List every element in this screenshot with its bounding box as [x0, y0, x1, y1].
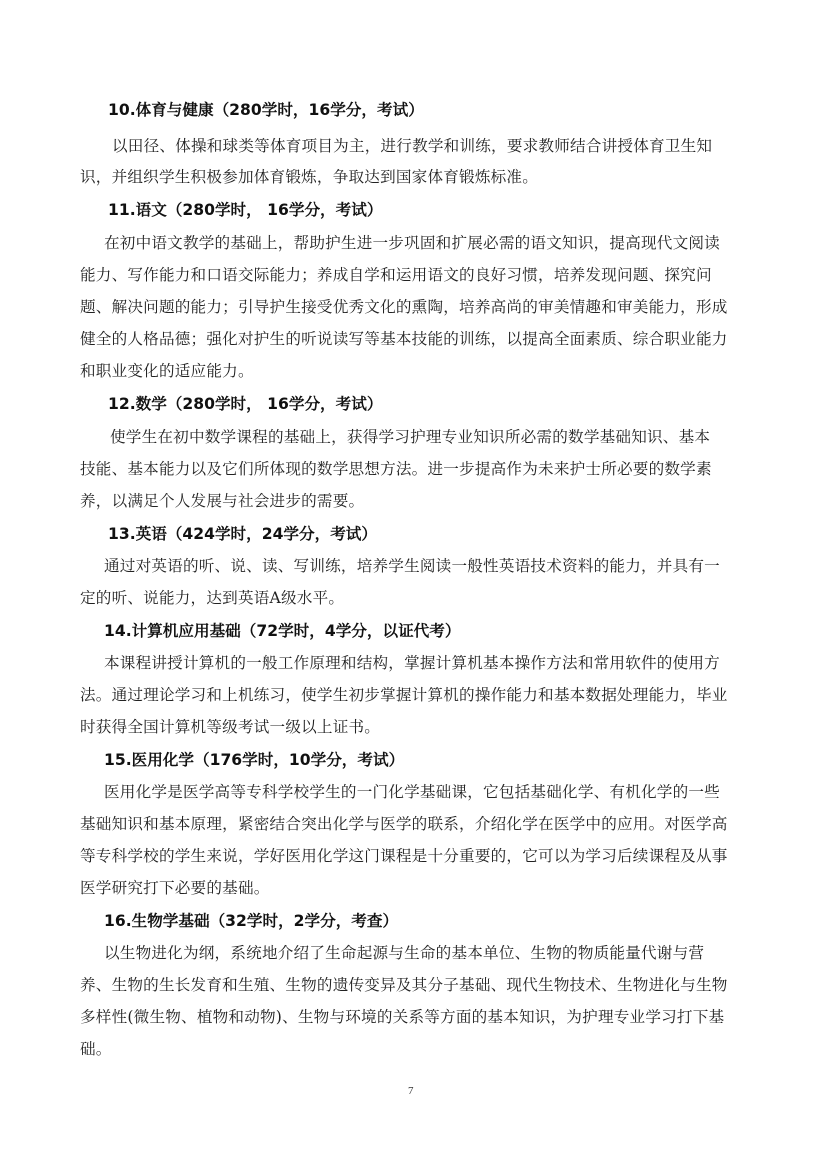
paragraph-line: 健全的人格品德；强化对护生的听说读写等基本技能的训练，以提高全面素质、综合职业能…	[80, 329, 728, 349]
section-heading-11: 11.语文（280学时， 16学分，考试）	[108, 200, 382, 220]
section-heading-16: 16.生物学基础（32学时，2学分，考查）	[104, 911, 398, 931]
paragraph-line: 识，并组织学生积极参加体育锻炼，争取达到国家体育锻炼标准。	[80, 167, 538, 187]
paragraph-line: 定的听、说能力，达到英语A级水平。	[80, 588, 344, 608]
section-heading-14: 14.计算机应用基础（72学时，4学分，以证代考）	[104, 621, 460, 641]
section-heading-15: 15.医用化学（176学时，10学分，考试）	[104, 750, 404, 770]
paragraph-line: 多样性(微生物、植物和动物)、生物与环境的关系等方面的基本知识，为护理专业学习打…	[80, 1007, 724, 1027]
paragraph-line: 养，以满足个人发展与社会进步的需要。	[80, 491, 364, 511]
paragraph-line: 时获得全国计算机等级考试一级以上证书。	[80, 717, 380, 737]
paragraph-line: 和职业变化的适应能力。	[80, 361, 254, 381]
paragraph-line: 技能、基本能力以及它们所体现的数学思想方法。进一步提高作为未来护士所必要的数学素	[80, 459, 712, 479]
paragraph-line: 法。通过理论学习和上机练习，使学生初步掌握计算机的操作能力和基本数据处理能力，毕…	[80, 685, 728, 705]
document-page: 10.体育与健康（280学时，16学分，考试） 以田径、体操和球类等体育项目为主…	[0, 0, 826, 1169]
paragraph-line: 等专科学校的学生来说，学好医用化学这门课程是十分重要的，它可以为学习后续课程及从…	[80, 846, 728, 866]
paragraph-line: 能力、写作能力和口语交际能力；养成自学和运用语文的良好习惯，培养发现问题、探究问	[80, 265, 712, 285]
paragraph-line: 以田径、体操和球类等体育项目为主，进行教学和训练，要求教师结合讲授体育卫生知	[112, 136, 712, 156]
section-heading-12: 12.数学（280学时， 16学分，考试）	[108, 394, 382, 414]
paragraph-line: 使学生在初中数学课程的基础上，获得学习护理专业知识所必需的数学基础知识、基本	[110, 427, 710, 447]
paragraph-line: 养、生物的生长发育和生殖、生物的遗传变异及其分子基础、现代生物技术、生物进化与生…	[80, 975, 728, 995]
paragraph-line: 在初中语文教学的基础上，帮助护生进一步巩固和扩展必需的语文知识，提高现代文阅读	[104, 233, 720, 253]
section-heading-10: 10.体育与健康（280学时，16学分，考试）	[108, 100, 424, 120]
page-number: 7	[408, 1084, 414, 1098]
paragraph-line: 通过对英语的听、说、读、写训练，培养学生阅读一般性英语技术资料的能力，并具有一	[104, 556, 720, 576]
paragraph-line: 题、解决问题的能力；引导护生接受优秀文化的熏陶，培养高尚的审美情趣和审美能力，形…	[80, 297, 728, 317]
section-heading-13: 13.英语（424学时，24学分，考试）	[108, 524, 377, 544]
paragraph-line: 以生物进化为纲，系统地介绍了生命起源与生命的基本单位、生物的物质能量代谢与营	[104, 943, 704, 963]
paragraph-line: 基础知识和基本原理，紧密结合突出化学与医学的联系，介绍化学在医学中的应用。对医学…	[80, 814, 728, 834]
paragraph-line: 本课程讲授计算机的一般工作原理和结构，掌握计算机基本操作方法和常用软件的使用方	[104, 653, 720, 673]
paragraph-line: 础。	[80, 1039, 112, 1059]
paragraph-line: 医用化学是医学高等专科学校学生的一门化学基础课，它包括基础化学、有机化学的一些	[104, 782, 720, 802]
paragraph-line: 医学研究打下必要的基础。	[80, 878, 270, 898]
